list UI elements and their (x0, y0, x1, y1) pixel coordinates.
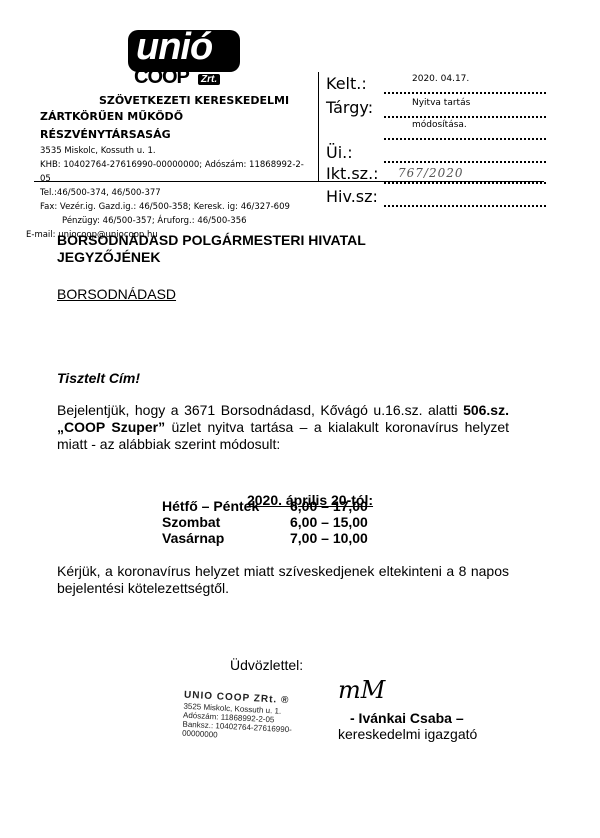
hours-row: Vasárnap7,00 – 10,00 (162, 530, 368, 546)
hours-day: Szombat (162, 514, 290, 530)
hours-day: Vasárnap (162, 530, 290, 546)
meta-hivsz: Hiv.sz: (326, 187, 546, 209)
company-stamp: UNIO COOP ZRt. ® 3525 Miskolc, Kossuth u… (182, 690, 314, 745)
signer-title: kereskedelmi igazgató (338, 726, 477, 742)
kelt-value: 2020. 04.17. (412, 74, 469, 84)
paragraph-announcement: Bejelentjük, hogy a 3671 Borsodnádasd, K… (57, 402, 509, 453)
dotted-line (384, 182, 546, 184)
hours-day: Hétfő – Péntek (162, 498, 290, 514)
closing-salutation: Üdvözlettel: (230, 657, 303, 673)
company-fax2: Pénzügy: 46/500-357; Áruforg.: 46/500-35… (14, 214, 314, 228)
hours-time: 7,00 – 10,00 (290, 530, 368, 546)
opening-hours-table: Hétfő – Péntek6,00 – 17,00 Szombat6,00 –… (162, 498, 368, 546)
logo-brand: unió (136, 26, 212, 69)
company-line2: ZÁRTKÖRŰEN MŰKÖDŐ RÉSZVÉNYTÁRSASÁG (14, 108, 314, 144)
handwritten-signature: mM (338, 676, 385, 704)
hours-row: Szombat6,00 – 15,00 (162, 514, 368, 530)
dotted-line (384, 161, 546, 163)
hivsz-label: Hiv.sz: (326, 187, 378, 206)
company-line1: SZÖVETKEZETI KERESKEDELMI (14, 94, 314, 108)
logo-coop: COOP (134, 66, 189, 89)
recipient-city: BORSODNÁDASD (57, 286, 176, 302)
company-fax: Fax: Vezér.ig. Gazd.ig.: 46/500-358; Ker… (14, 200, 314, 214)
p1-text-a: Bejelentjük, hogy a 3671 Borsodnádasd, K… (57, 402, 463, 418)
greeting: Tisztelt Cím! (57, 370, 140, 386)
meta-ui: Üi.: (326, 143, 546, 165)
targy-value1: Nyitva tartás (412, 98, 470, 108)
company-address: 3535 Miskolc, Kossuth u. 1. (14, 144, 314, 158)
hours-time: 6,00 – 17,00 (290, 498, 368, 514)
header-divider-vertical (318, 72, 319, 182)
meta-kelt: Kelt.: 2020. 04.17. (326, 74, 546, 96)
ui-label: Üi.: (326, 143, 353, 162)
company-logo: unió COOP Zrt. (128, 30, 256, 86)
iktsz-value: 767/2020 (398, 166, 464, 180)
hours-time: 6,00 – 15,00 (290, 514, 368, 530)
dotted-line (384, 116, 546, 118)
signer-name: - Ivánkai Csaba – (350, 710, 464, 726)
targy-value2: módosítása. (412, 120, 467, 130)
iktsz-label: Ikt.sz.: (326, 164, 379, 183)
recipient-line2: JEGYZŐJÉNEK (57, 249, 366, 266)
meta-iktsz: Ikt.sz.: 767/2020 (326, 164, 546, 186)
meta-targy: Tárgy: Nyitva tartás (326, 98, 546, 120)
company-tel: Tel.:46/500-374, 46/500-377 (14, 186, 314, 200)
meta-targy-cont: módosítása. (326, 120, 546, 142)
recipient-line1: BORSODNÁDASD POLGÁRMESTERI HIVATAL (57, 232, 366, 249)
recipient: BORSODNÁDASD POLGÁRMESTERI HIVATAL JEGYZ… (57, 232, 366, 266)
kelt-label: Kelt.: (326, 74, 367, 93)
dotted-line (384, 205, 546, 207)
dotted-line (384, 92, 546, 94)
logo-zrt: Zrt. (198, 74, 220, 85)
hours-row: Hétfő – Péntek6,00 – 17,00 (162, 498, 368, 514)
company-header: SZÖVETKEZETI KERESKEDELMI ZÁRTKÖRŰEN MŰK… (14, 94, 314, 242)
targy-label: Tárgy: (326, 98, 373, 117)
paragraph-request: Kérjük, a koronavírus helyzet miatt szív… (57, 563, 509, 597)
dotted-line (384, 138, 546, 140)
